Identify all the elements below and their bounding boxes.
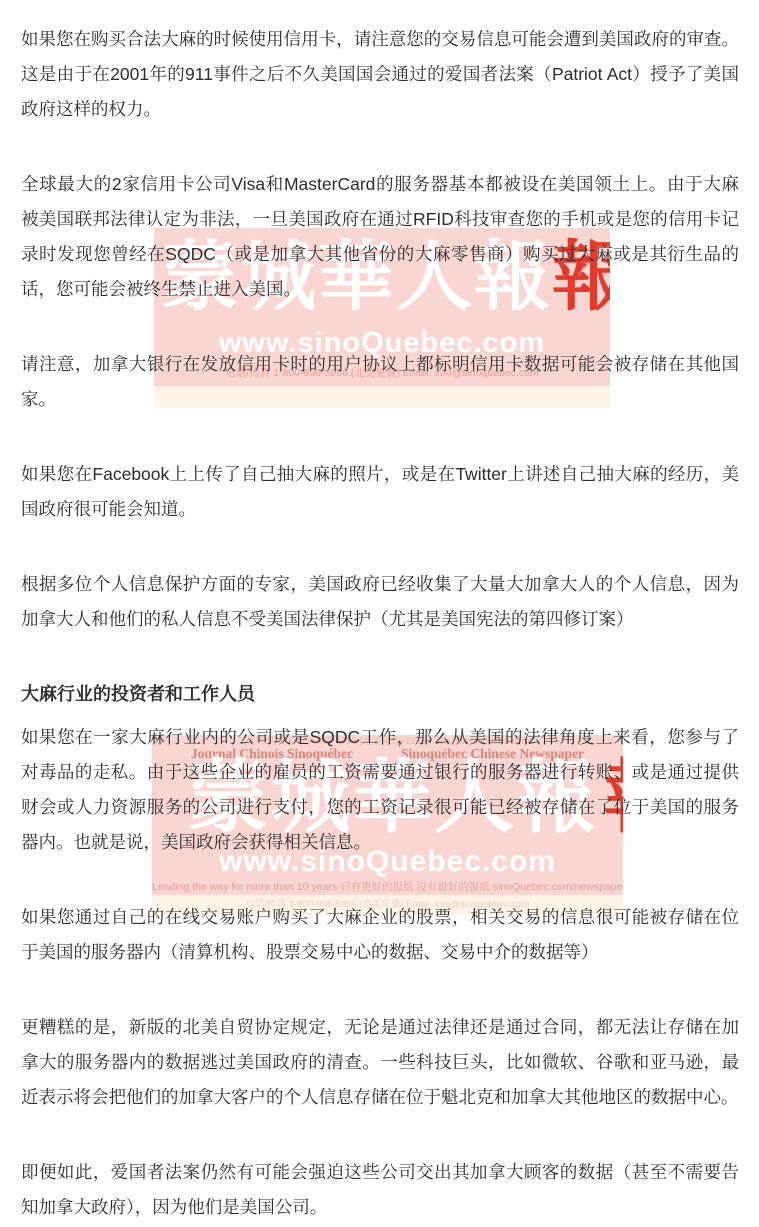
text-line: 家。	[21, 382, 739, 417]
text-line: 如果您在购买合法大麻的时候使用信用卡，请注意您的交易信息可能会遭到美国政府的审查…	[21, 22, 739, 57]
text-line: 对毒品的走私。由于这些企业的雇员的工资需要通过银行的服务器进行转账、或是通过提供	[21, 755, 739, 790]
text-line: 被美国联邦法律认定为非法，一旦美国政府在通过RFID科技审查您的手机或是您的信用…	[21, 202, 739, 237]
text-line: 政府这样的权力。	[21, 92, 739, 127]
text-line: 如果您在Facebook上上传了自己抽大麻的照片，或是在Twitter上讲述自己…	[21, 457, 739, 492]
text-line: 根据多位个人信息保护方面的专家，美国政府已经收集了大量大加拿大人的个人信息，因为	[21, 567, 739, 602]
text-line: 加拿大人和他们的私人信息不受美国法律保护（尤其是美国宪法的第四修订案）	[21, 602, 739, 637]
text-line: 器内。也就是说，美国政府会获得相关信息。	[21, 825, 739, 860]
text-line: 知加拿大政府），因为他们是美国公司。	[21, 1190, 739, 1225]
text-line: 国政府很可能会知道。	[21, 492, 739, 527]
article-body: 如果您在购买合法大麻的时候使用信用卡，请注意您的交易信息可能会遭到美国政府的审查…	[0, 0, 759, 1225]
paragraph-industry-employees: 如果您在一家大麻行业内的公司或是SQDC工作，那么从美国的法律角度上来看，您参与…	[21, 720, 739, 860]
paragraph-bank-agreement: 请注意，加拿大银行在发放信用卡时的用户协议上都标明信用卡数据可能会被存储在其他国…	[21, 347, 739, 417]
paragraph-credit-card-warning: 如果您在购买合法大麻的时候使用信用卡，请注意您的交易信息可能会遭到美国政府的审查…	[21, 22, 739, 127]
text-line: 拿大的服务器内的数据逃过美国政府的清查。一些科技巨头，比如微软、谷歌和亚马逊，最	[21, 1045, 739, 1080]
paragraph-privacy-experts: 根据多位个人信息保护方面的专家，美国政府已经收集了大量大加拿大人的个人信息，因为…	[21, 567, 739, 637]
text-line: 即便如此，爱国者法案仍然有可能会强迫这些公司交出其加拿大顾客的数据（甚至不需要告	[21, 1155, 739, 1190]
text-line: 请注意，加拿大银行在发放信用卡时的用户协议上都标明信用卡数据可能会被存储在其他国	[21, 347, 739, 382]
text-line: 如果您通过自己的在线交易账户购买了大麻企业的股票，相关交易的信息很可能被存储在位	[21, 900, 739, 935]
paragraph-patriot-act-force: 即便如此，爱国者法案仍然有可能会强迫这些公司交出其加拿大顾客的数据（甚至不需要告…	[21, 1155, 739, 1225]
article-page: 蒙城華人報 報 www.sinoQuebec.com 电话/传真 1-800-9…	[0, 0, 759, 1227]
text-line: 全球最大的2家信用卡公司Visa和MasterCard的服务器基本都被设在美国领…	[21, 167, 739, 202]
text-line: 更糟糕的是，新版的北美自贸协定规定，无论是通过法律还是通过合同，都无法让存储在加	[21, 1010, 739, 1045]
paragraph-stock-trading: 如果您通过自己的在线交易账户购买了大麻企业的股票，相关交易的信息很可能被存储在位…	[21, 900, 739, 970]
text-line: 于美国的服务器内（清算机构、股票交易中心的数据、交易中介的数据等）	[21, 935, 739, 970]
text-line: 财会或人力资源服务的公司进行支付，您的工资记录很可能已经被存储在了位于美国的服务	[21, 790, 739, 825]
text-line: 如果您在一家大麻行业内的公司或是SQDC工作，那么从美国的法律角度上来看，您参与…	[21, 720, 739, 755]
section-heading-industry-workers: 大麻行业的投资者和工作人员	[21, 677, 739, 712]
paragraph-visa-mastercard: 全球最大的2家信用卡公司Visa和MasterCard的服务器基本都被设在美国领…	[21, 167, 739, 307]
text-line: 近表示将会把他们的加拿大客户的个人信息存储在位于魁北克和加拿大其他地区的数据中心…	[21, 1080, 739, 1115]
text-line: 这是由于在2001年的911事件之后不久美国国会通过的爱国者法案（Patriot…	[21, 57, 739, 92]
paragraph-nafta-data: 更糟糕的是，新版的北美自贸协定规定，无论是通过法律还是通过合同，都无法让存储在加…	[21, 1010, 739, 1115]
paragraph-social-media: 如果您在Facebook上上传了自己抽大麻的照片，或是在Twitter上讲述自己…	[21, 457, 739, 527]
text-line: 录时发现您曾经在SQDC（或是加拿大其他省份的大麻零售商）购买过大麻或是其衍生品…	[21, 237, 739, 272]
text-line: 话，您可能会被终生禁止进入美国。	[21, 272, 739, 307]
